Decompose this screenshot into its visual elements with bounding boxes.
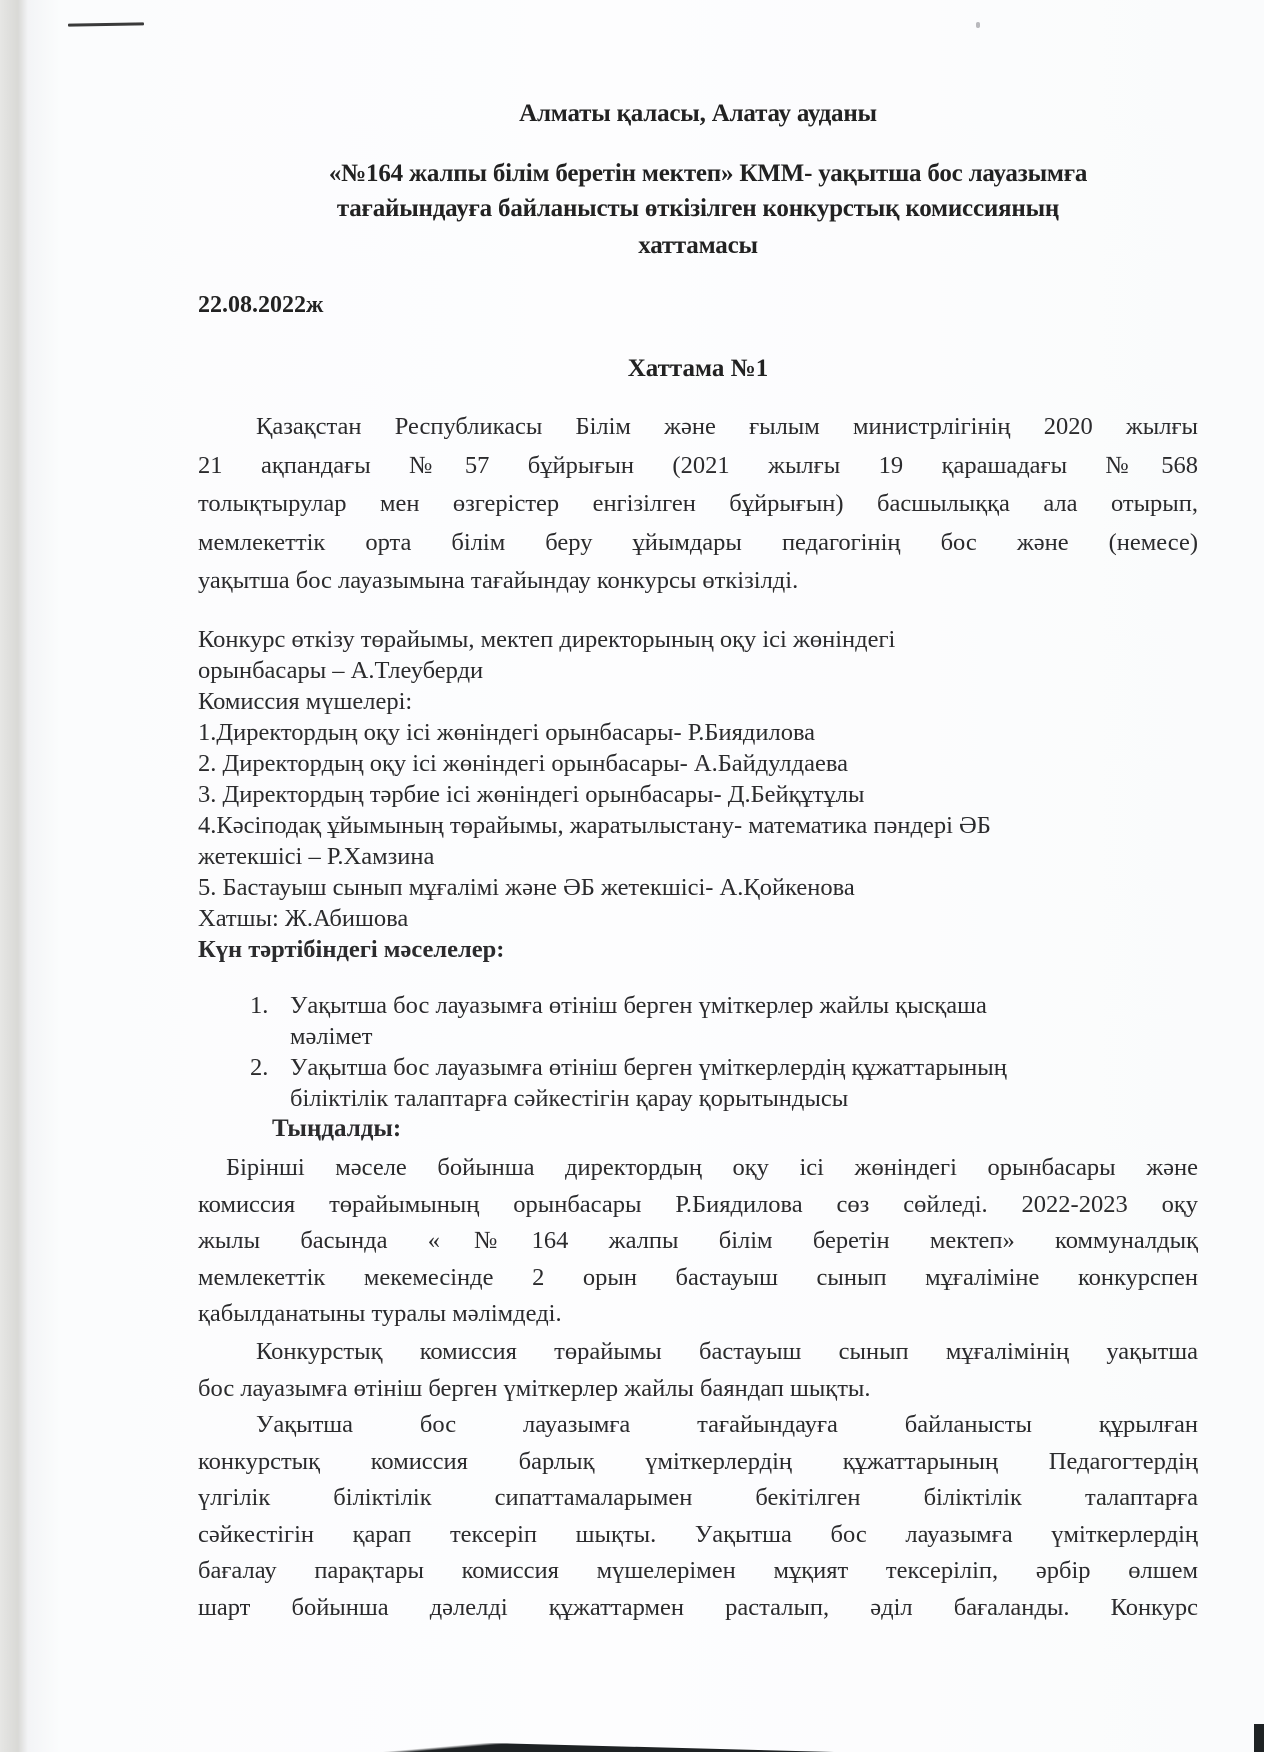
commission-section: Конкурс өткізу төрайымы, мектеп директор… (198, 624, 1198, 965)
paragraph-line: 21 ақпандағы №57 бұйрығын (2021 жылғы 19… (198, 447, 1198, 486)
paragraph-line: бағалау парақтары комиссия мүшелерімен м… (198, 1553, 1198, 1590)
chair-line: орынбасары – А.Тлеуберди (198, 655, 1198, 686)
agenda-item-number: 2. (198, 1052, 290, 1114)
member-item: 5. Бастауыш сынып мұғалімі және ӘБ жетек… (198, 872, 1198, 903)
paragraph-line: шарт бойынша дәлелді құжаттармен расталы… (198, 1590, 1198, 1627)
paragraph-line: үлгілік біліктілік сипаттамаларымен бекі… (198, 1480, 1198, 1517)
agenda-title: Күн тәртібіндегі мәселелер: (198, 934, 1198, 965)
paragraph-line: Конкурстық комиссия төрайымы бастауыш сы… (198, 1334, 1198, 1371)
paragraph-line: толықтырулар мен өзгерістер енгізілген б… (198, 485, 1198, 524)
paragraph-line: бос лауазымға өтініш берген үміткерлер ж… (198, 1371, 1198, 1408)
paragraph-line: Уақытша бос лауазымға тағайындауға байла… (198, 1407, 1198, 1444)
paragraph-line: комиссия төрайымының орынбасары Р.Биядил… (198, 1187, 1198, 1224)
paragraph-line: Қазақстан Республикасы Білім және ғылым … (198, 408, 1198, 447)
heard-label: Тыңдалды: (272, 1115, 401, 1143)
document-date: 22.08.2022ж (198, 292, 323, 319)
agenda-item-text: Уақытша бос лауазымға өтініш берген үміт… (290, 990, 1198, 1021)
secretary-line: Хатшы: Ж.Абишова (198, 903, 1198, 934)
heard-paragraph: Бірінші мәселе бойынша директордың оқу і… (198, 1150, 1198, 1333)
header-title-line3: хаттамасы (198, 232, 1198, 260)
member-item: 3. Директордың тәрбие ісі жөніндегі орын… (198, 779, 1198, 810)
agenda-item-text: мәлімет (290, 1021, 1198, 1052)
paragraph-line: уақытша бос лауазымына тағайындау конкур… (198, 562, 1198, 601)
header-title-line1: «№164 жалпы білім беретін мектеп» КММ- у… (188, 160, 1228, 188)
scan-artifact-dot (976, 22, 980, 28)
paragraph-line: қабылданатыны туралы мәлімдеді. (198, 1296, 1198, 1333)
review-paragraph: Уақытша бос лауазымға тағайындауға байла… (198, 1407, 1198, 1626)
header-title-line2: тағайындауға байланысты өткізілген конку… (198, 195, 1198, 223)
report-paragraph: Конкурстық комиссия төрайымы бастауыш сы… (198, 1334, 1198, 1407)
paragraph-line: конкурстық комиссия барлық үміткерлердің… (198, 1444, 1198, 1481)
member-item: 1.Директордың оқу ісі жөніндегі орынбаса… (198, 717, 1198, 748)
chair-line: Конкурс өткізу төрайымы, мектеп директор… (198, 624, 1198, 655)
agenda-item: 2. Уақытша бос лауазымға өтініш берген ү… (198, 1052, 1198, 1114)
header-location: Алматы қаласы, Алатау ауданы (198, 100, 1198, 128)
agenda-list: 1. Уақытша бос лауазымға өтініш берген ү… (198, 990, 1198, 1114)
protocol-title: Хаттама №1 (198, 355, 1198, 383)
intro-paragraph: Қазақстан Республикасы Білім және ғылым … (198, 408, 1198, 601)
agenda-item-text: біліктілік талаптарға сәйкестігін қарау … (290, 1083, 1198, 1114)
scan-artifact-mark (68, 22, 144, 26)
paragraph-line: Бірінші мәселе бойынша директордың оқу і… (198, 1150, 1198, 1187)
paragraph-line: мемлекеттік орта білім беру ұйымдары пед… (198, 524, 1198, 563)
paragraph-line: жылы басында «№164 жалпы білім беретін м… (198, 1223, 1198, 1260)
member-item: жетекшісі – Р.Хамзина (198, 841, 1198, 872)
agenda-item: 1. Уақытша бос лауазымға өтініш берген ү… (198, 990, 1198, 1052)
scanner-edge-corner (1254, 1724, 1264, 1752)
member-item: 2. Директордың оқу ісі жөніндегі орынбас… (198, 748, 1198, 779)
scanner-edge-shadow (0, 1722, 1264, 1752)
paragraph-line: мемлекеттік мекемесінде 2 орын бастауыш … (198, 1260, 1198, 1297)
agenda-item-text: Уақытша бос лауазымға өтініш берген үміт… (290, 1052, 1198, 1083)
members-label: Комиссия мүшелері: (198, 686, 1198, 717)
scanned-page: Алматы қаласы, Алатау ауданы «№164 жалпы… (0, 0, 1264, 1752)
paragraph-line: сәйкестігін қарап тексеріп шықты. Уақытш… (198, 1517, 1198, 1554)
agenda-item-number: 1. (198, 990, 290, 1052)
member-item: 4.Кәсіподақ ұйымының төрайымы, жаратылыс… (198, 810, 1198, 841)
